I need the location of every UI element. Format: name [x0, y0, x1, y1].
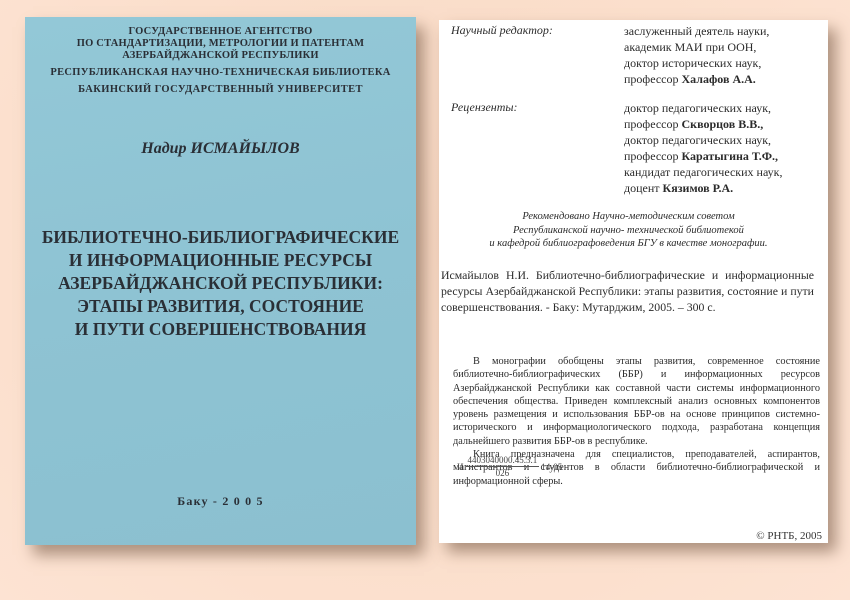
index-fraction: 4403040000.45.3.1 026	[466, 455, 540, 478]
reviewer-name: Скворцов В.В.,	[681, 117, 763, 131]
cover-university: БАКИНСКИЙ ГОСУДАРСТВЕННЫЙ УНИВЕРСИТЕТ	[25, 84, 416, 95]
reviewers-list: доктор педагогических наук, профессор Ск…	[624, 100, 782, 196]
editor-label: Научный редактор:	[451, 23, 553, 38]
abstract-paragraph: В монографии обобщены этапы развития, со…	[453, 355, 820, 448]
reviewer-name: Кязимов Р.А.	[663, 181, 734, 195]
cover-library: РЕСПУБЛИКАНСКАЯ НАУЧНО-ТЕХНИЧЕСКАЯ БИБЛИ…	[25, 67, 416, 78]
publication-index: И 4403040000.45.3.1 026 14-05	[457, 455, 562, 478]
bibliographic-citation: Исмайылов Н.И. Библиотечно-библиографиче…	[441, 267, 814, 315]
reviewers-label: Рецензенты:	[451, 100, 518, 115]
cover-author: Надир ИСМАЙЫЛОВ	[25, 140, 416, 158]
recommendation: Рекомендовано Научно-методическим совето…	[439, 210, 818, 251]
book-cover: ГОСУДАРСТВЕННОЕ АГЕНТСТВО ПО СТАНДАРТИЗА…	[25, 17, 416, 545]
cover-city-year: Баку - 2 0 0 5	[25, 494, 416, 509]
copyright: © РНТБ, 2005	[756, 530, 822, 542]
reviewer-name: Каратыгина Т.Ф.,	[681, 149, 778, 163]
editor-name: Халафов А.А.	[681, 72, 755, 86]
editor-details: заслуженный деятель науки, академик МАИ …	[624, 23, 769, 87]
cover-agency: ГОСУДАРСТВЕННОЕ АГЕНТСТВО ПО СТАНДАРТИЗА…	[25, 26, 416, 62]
imprint-page: Научный редактор: заслуженный деятель на…	[439, 20, 828, 543]
cover-title: БИБЛИОТЕЧНО-БИБЛИОГРАФИЧЕСКИЕ И ИНФОРМАЦ…	[25, 226, 416, 341]
